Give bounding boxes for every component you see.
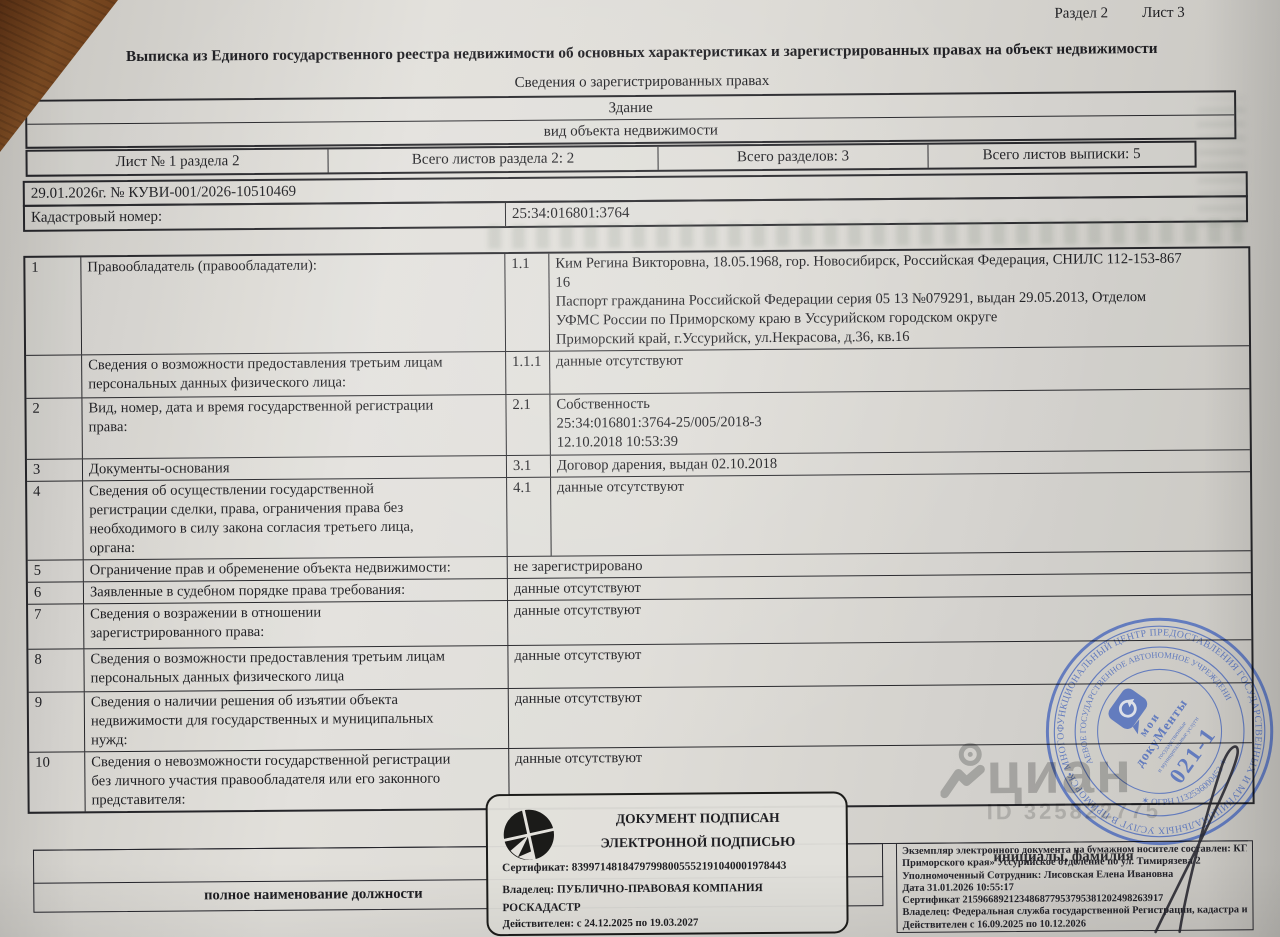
section-sheets-cell: Всего листов раздела 2: 2 [327,147,657,173]
sheet-number-cell: Лист № 1 раздела 2 [27,149,327,174]
row-subnum: 2.1 [505,395,549,455]
document-title: Выписка из Единого государственного реес… [87,40,1197,67]
row-label: Правообладатель (правообладатели): [80,254,505,354]
paper: Раздел 2 Лист 3 Выписка из Единого госуд… [0,0,1280,937]
page-header: Раздел 2 Лист 3 [1054,4,1214,22]
esign-owner: Владелец: ПУБЛИЧНО-ПРАВОВАЯ КОМПАНИЯ [502,881,842,896]
section-label: Раздел 2 [1054,5,1108,22]
table-row: 7 Сведения о возражении в отношении заре… [28,594,1251,649]
sheet-label: Лист 3 [1142,5,1185,22]
row-num: 8 [28,649,83,691]
esign-certificate: Сертификат: 8399714818479799800555219104… [502,859,842,874]
row-label: Сведения о наличии решения об изъятии об… [84,689,508,751]
row-subnum: 4.1 [506,478,551,556]
row-num: 9 [29,692,84,751]
signature-stroke-icon [1102,733,1280,934]
esign-title-line1: ДОКУМЕНТ ПОДПИСАН [568,810,828,828]
map-pin-icon [940,741,986,799]
row-num: 7 [28,604,83,648]
row-label: Сведения о возможности предоставления тр… [83,646,507,691]
row-label: Заявленные в судебном порядке права треб… [83,579,507,603]
row-value: Ким Регина Викторовна, 18.05.1968, гор. … [548,248,1249,350]
row-value: данные отсутствуют [550,472,1251,555]
row-num: 5 [28,560,83,581]
esign-validity: Действителен: с 24.12.2025 по 19.03.2027 [503,915,843,930]
roskadastr-logo-icon [500,806,558,864]
row-num: 2 [26,398,81,458]
page-bleed-through-right [1197,97,1246,225]
row-label: Сведения о возможности предоставления тр… [81,352,505,397]
row-label: Сведения об осуществлении государственно… [82,478,507,559]
sections-total-cell: Всего разделов: 3 [657,145,927,170]
row-num [26,355,81,397]
esign-owner2: РОСКАДАСТР [502,899,842,914]
row-num: 1 [25,257,81,354]
document-photo: Раздел 2 Лист 3 Выписка из Единого госуд… [0,0,1280,937]
row-subnum: 1.1.1 [505,352,549,394]
row-num: 4 [27,481,83,559]
table-row: 2 Вид, номер, дата и время государственн… [26,388,1249,459]
row-label: Сведения о возражении в отношении зареги… [83,601,507,648]
table-row: 4 Сведения об осуществлении государствен… [27,471,1251,560]
row-subnum: 3.1 [506,456,550,477]
row-label: Сведения о невозможности государственной… [84,749,508,811]
row-label: Ограничение прав и обременение объекта н… [83,557,507,581]
row-num: 10 [29,752,84,811]
row-num: 6 [28,582,83,603]
object-type-table: Здание вид объекта недвижимости [25,90,1236,149]
page-bleed-through [488,219,1243,249]
row-value: данные отсутствуют [549,346,1249,393]
row-value: Собственность 25:34:016801:3764-25/005/2… [549,389,1249,454]
table-row: 1 Правообладатель (правообладатели): 1.1… [25,248,1249,355]
row-label: Вид, номер, дата и время государственной… [81,395,505,458]
esign-block: ДОКУМЕНТ ПОДПИСАН ЭЛЕКТРОННОЙ ПОДПИСЬЮ С… [486,791,849,936]
cadastral-label: Кадастровый номер: [25,203,505,230]
extract-sheets-cell: Всего листов выписки: 5 [927,143,1194,168]
row-subnum: 1.1 [504,254,549,351]
row-num: 3 [27,459,82,480]
row-label: Документы-основания [82,456,506,480]
esign-title-line2: ЭЛЕКТРОННОЙ ПОДПИСЬЮ [568,834,828,852]
